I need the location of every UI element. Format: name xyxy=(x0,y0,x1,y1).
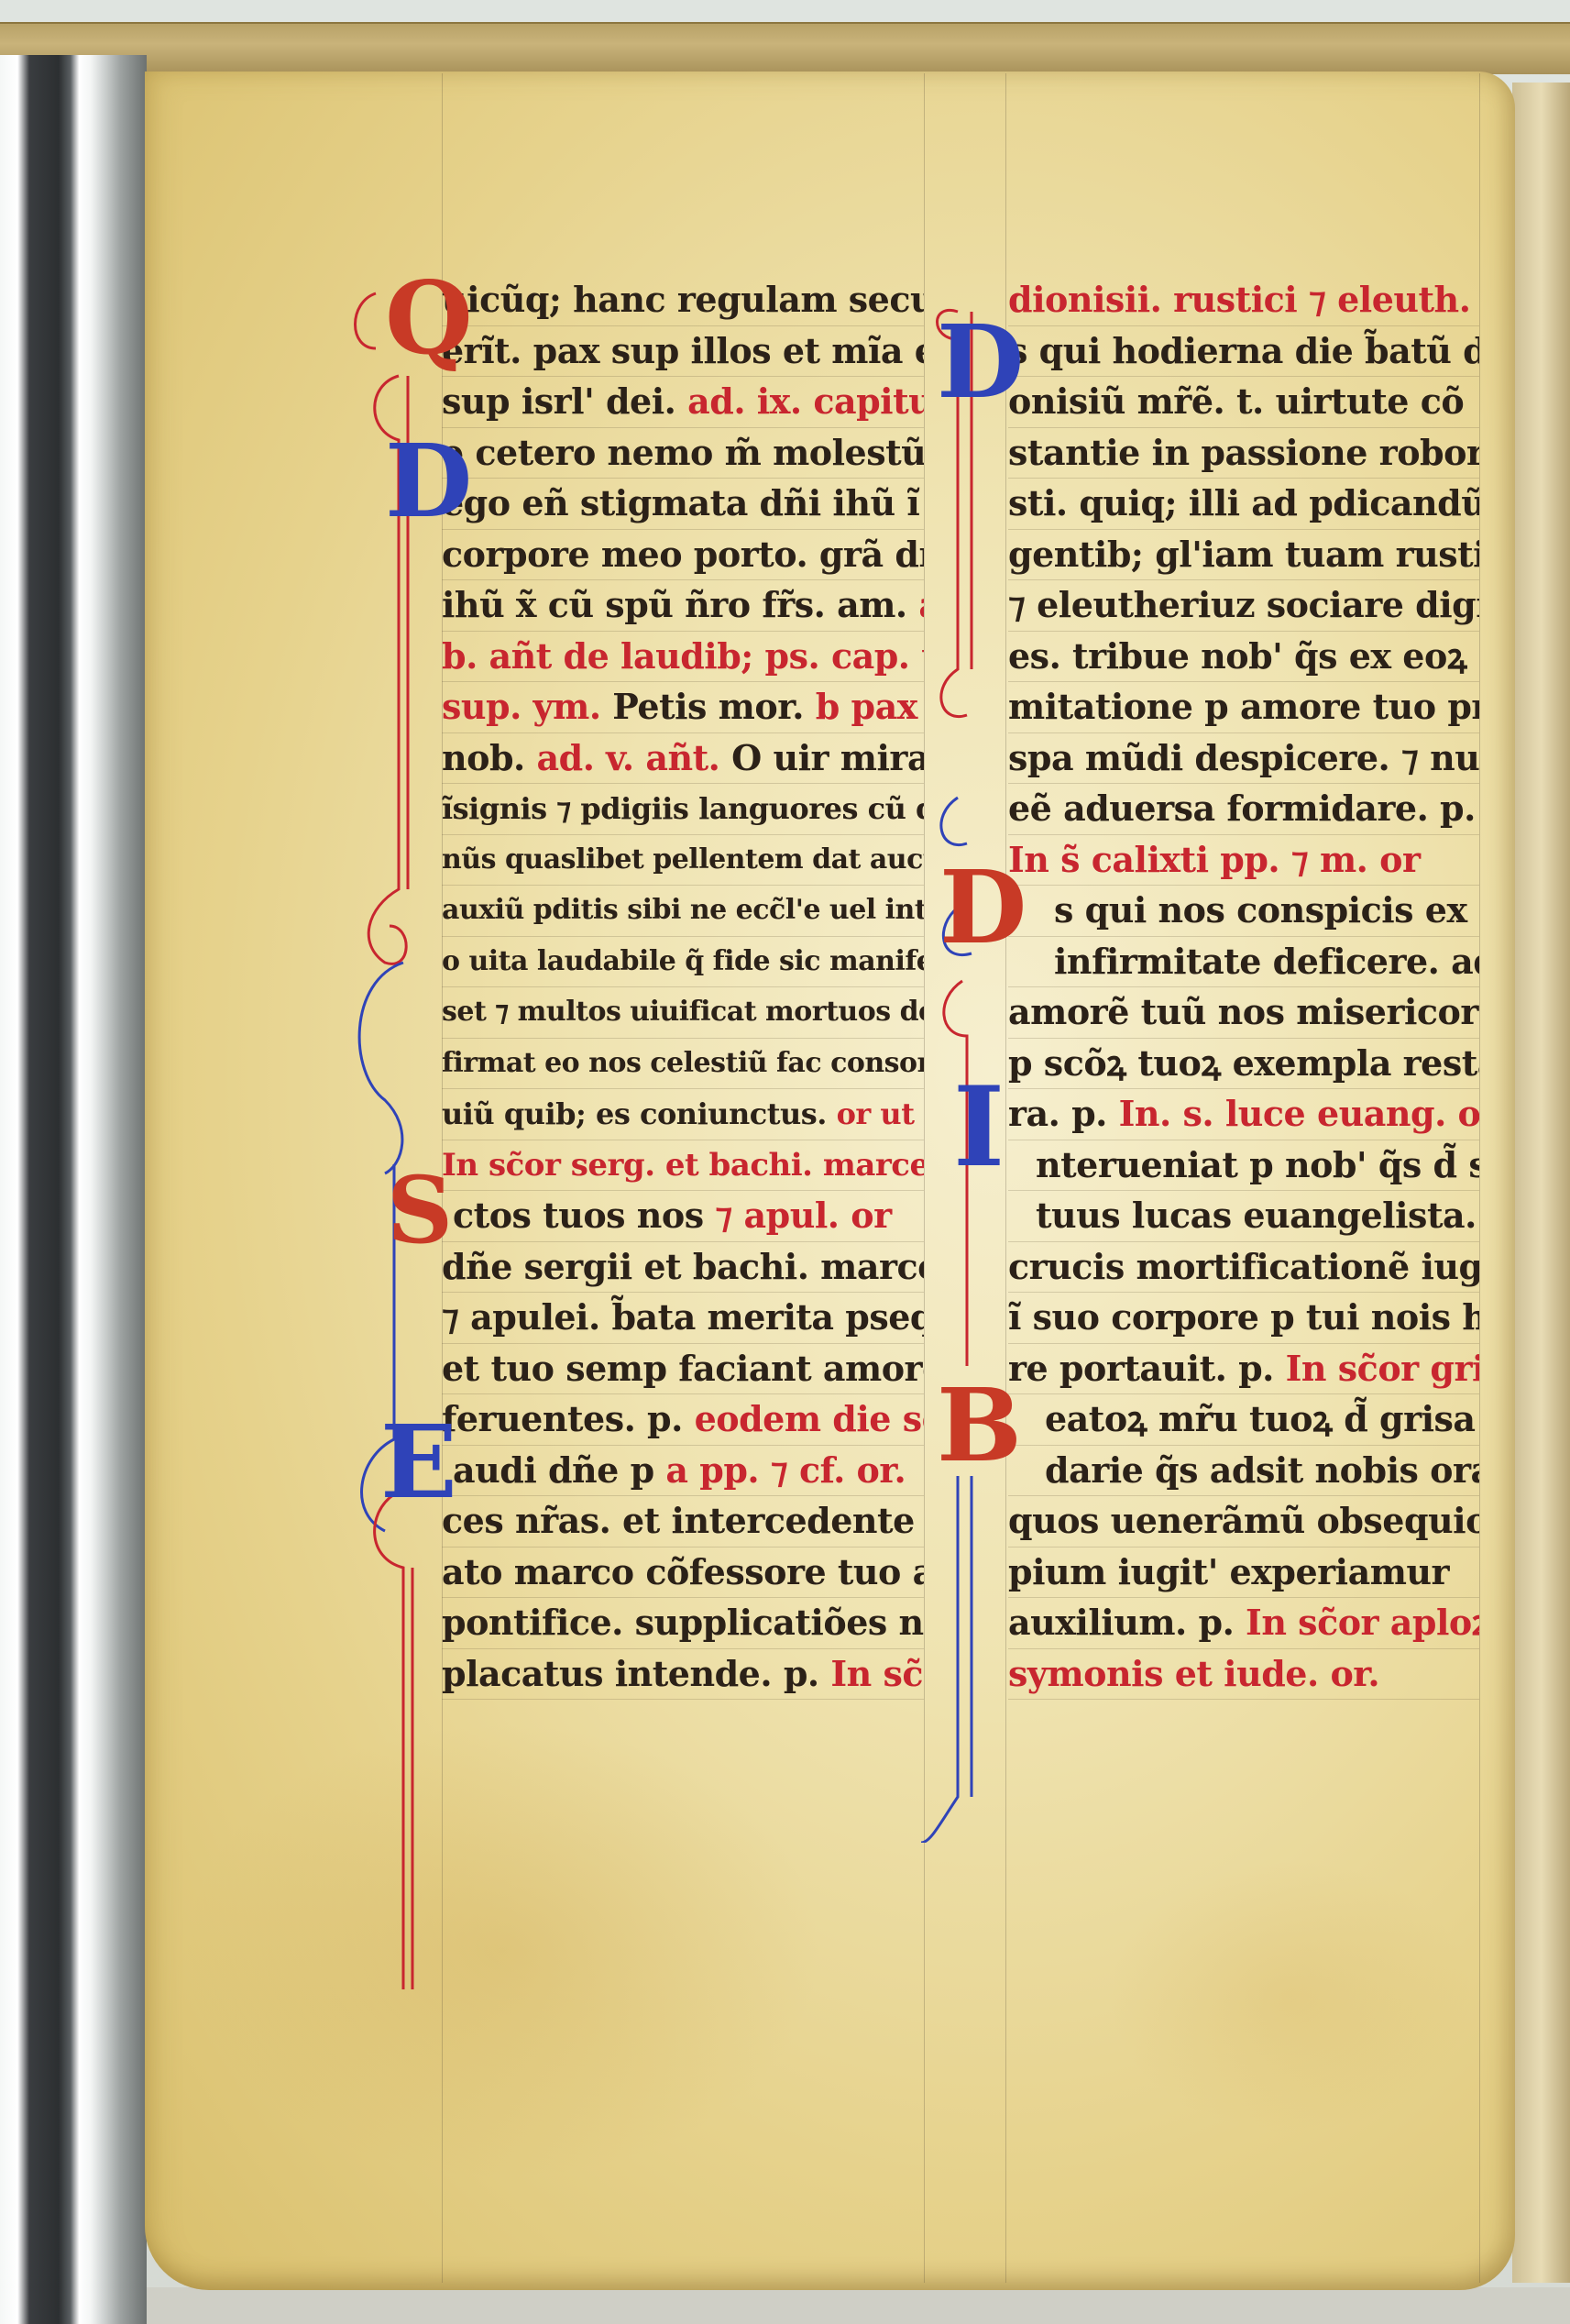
rubric-line: b. añt de laudib; ps. cap. ut xyxy=(442,632,924,683)
rubric-line: In sc̃or serg. et bachi. marcelli xyxy=(442,1140,924,1192)
text-line: amorẽ tuũ nos misericordit xyxy=(1008,987,1479,1039)
text-line: ato marco cõfessore tuo atq; xyxy=(442,1547,924,1599)
rubric-text: ad. ix. capitulũ xyxy=(675,380,924,422)
text-line: corpore meo porto. grã dñi nri xyxy=(442,530,924,581)
rubric-text: In sc̃or aploꝝ xyxy=(1234,1602,1479,1643)
text-line: uicũq; hanc regulam secuti fu xyxy=(442,275,924,326)
text-line: feruentes. p. eodem die sci ot xyxy=(442,1394,924,1446)
page-stack-right-edge xyxy=(1512,83,1570,2283)
text-line: nob. ad. v. añt. O uir mirabiles xyxy=(442,733,924,785)
rubric-text: ad. v. añt. xyxy=(525,737,731,778)
text-line: es. tribue nob' q̃s ex eoꝝ im xyxy=(1008,632,1479,683)
initial-e: E xyxy=(380,1412,457,1513)
text-line: ego eñ stigmata dñi ihũ ĩ xyxy=(442,479,924,530)
initial-q: Q xyxy=(385,268,473,369)
text-line: ĩ suo corpore p tui nois hono xyxy=(1008,1293,1479,1344)
text-line: s qui hodierna die b̃atũ di xyxy=(1008,326,1479,378)
text-line: gentib; gl'iam tuam rusticũ xyxy=(1008,530,1479,581)
rubric-line: symonis et iude. or. xyxy=(1008,1649,1479,1701)
text-line: ces nr̃as. et intercedente be xyxy=(442,1496,924,1547)
water-stain xyxy=(1107,1859,1474,2134)
text-line: sup. ym. Petis mor. b pax xyxy=(442,682,924,733)
text-line: ihũ x̃ cũ spũ ñro fr̃s. am. ad xyxy=(442,580,924,632)
text-line: nterueniat p nob' q̃s d̃ scũs xyxy=(1008,1140,1479,1192)
text-line: audi dñe p a pp. ⁊ cf. or. xyxy=(442,1446,924,1497)
initial-s: S xyxy=(387,1164,453,1256)
initial-d: D xyxy=(939,857,1027,958)
rubric-text: a pp. ⁊ cf. or. xyxy=(654,1449,906,1491)
text-line: stantie in passione roborra xyxy=(1008,428,1479,479)
rubric-text: In sc̃or gri. ⁊ dar xyxy=(1274,1348,1479,1389)
text-line: p scõꝝ tuoꝝ exempla restau xyxy=(1008,1039,1479,1090)
text-line: infirmitate deficere. ad xyxy=(1008,937,1479,988)
text-line: sup isrl' dei. ad. ix. capitulũ xyxy=(442,377,924,428)
text-line: mitatione p amore tuo pro xyxy=(1008,682,1479,733)
text-line: crucis mortificationẽ iugit xyxy=(1008,1242,1479,1294)
text-line: pium iugit' experiamur xyxy=(1008,1547,1479,1599)
rubric-text: ad xyxy=(907,584,924,625)
rubric-line: dionisii. rustici ⁊ eleuth. or xyxy=(1008,275,1479,326)
water-stain xyxy=(181,1722,823,2180)
text-line: e cetero nemo m̃ molestũ sit xyxy=(442,428,924,479)
text-line: ⁊ apulei. b̃ata merita pseqũr xyxy=(442,1293,924,1344)
text-line: darie q̃s adsit nobis oratio xyxy=(1008,1446,1479,1497)
rubric-text: In sc̃or xyxy=(819,1653,924,1694)
text-line: o uita laudabile q̃ fide sic manifestat xyxy=(442,937,924,988)
rubric-text: In. s. luce euang. or xyxy=(1107,1093,1479,1134)
rubric-text: ⁊ apul. or xyxy=(704,1195,892,1236)
text-line: nũs quaslibet pellentem dat auct sius xyxy=(442,835,924,887)
text-line: tuus lucas euangelista. q xyxy=(1008,1191,1479,1242)
text-line: ĩsignis ⁊ pdigiis languores cũ deo xyxy=(442,784,924,835)
text-line: auxiũ pditis sibi ne ecc̃l'e uel interce… xyxy=(442,886,924,937)
rubric-line: In s̃ calixti pp. ⁊ m. or xyxy=(1008,835,1479,887)
initial-d: D xyxy=(385,431,472,532)
text-line: placatus intende. p. In sc̃or xyxy=(442,1649,924,1701)
text-line: et tuo semp faciant amore xyxy=(442,1344,924,1395)
book-bottom-edge xyxy=(110,2287,1570,2324)
rubric-text: sup. ym. xyxy=(442,686,601,727)
text-line: re portauit. p. In sc̃or gri. ⁊ dar xyxy=(1008,1344,1479,1395)
left-column: uicũq; hanc regulam secuti fu erĩt. pax … xyxy=(442,275,924,1700)
rubric-text: eodem die sci ot xyxy=(683,1398,924,1439)
text-line: ra. p. In. s. luce euang. or xyxy=(1008,1089,1479,1140)
text-line: uiũ quib; es coniunctus. or ut supra. xyxy=(442,1089,924,1140)
text-line: firmat eo nos celestiũ fac consortes ci xyxy=(442,1039,924,1090)
text-line: eatoꝝ mr̃u tuoꝝ d̃ grisa ⁊ ai xyxy=(1008,1394,1479,1446)
text-line: dñe sergii et bachi. marcelli xyxy=(442,1242,924,1294)
text-line: set ⁊ multos uiuificat mortuos desiũt xyxy=(442,987,924,1039)
initial-b: B xyxy=(937,1375,1022,1476)
rubric-text: b pax xyxy=(816,686,917,727)
text-line: erĩt. pax sup illos et mĩa et xyxy=(442,326,924,378)
text-line: sti. quiq; illi ad pdicandũ xyxy=(1008,479,1479,530)
text-line: eẽ aduersa formidare. p. d. xyxy=(1008,784,1479,835)
text-line: ctos tuos nos ⁊ apul. or xyxy=(442,1191,924,1242)
text-line: auxilium. p. In sc̃or aploꝝ xyxy=(1008,1598,1479,1649)
text-line: spa mũdi despicere. ⁊ nulla xyxy=(1008,733,1479,785)
book-top-edge xyxy=(0,22,1570,74)
text-line: onisiũ mr̃ẽ. t. uirtute cõ xyxy=(1008,377,1479,428)
text-line: pontifice. supplicatiões nr̃as xyxy=(442,1598,924,1649)
initial-i: I xyxy=(953,1073,1005,1183)
ruling-line xyxy=(1479,73,1480,2283)
text-line: quos uenerãmũ obsequio. eoꝝ xyxy=(1008,1496,1479,1547)
text-line: ⁊ eleutheriuz sociare dignat xyxy=(1008,580,1479,632)
rubric-text: or ut supra. xyxy=(827,1096,924,1131)
right-column: dionisii. rustici ⁊ eleuth. or s qui hod… xyxy=(1008,275,1479,1700)
initial-d: D xyxy=(937,312,1024,413)
metal-clamp-bar xyxy=(0,55,147,2324)
text-line: s qui nos conspicis ex nr̃a xyxy=(1008,886,1479,937)
